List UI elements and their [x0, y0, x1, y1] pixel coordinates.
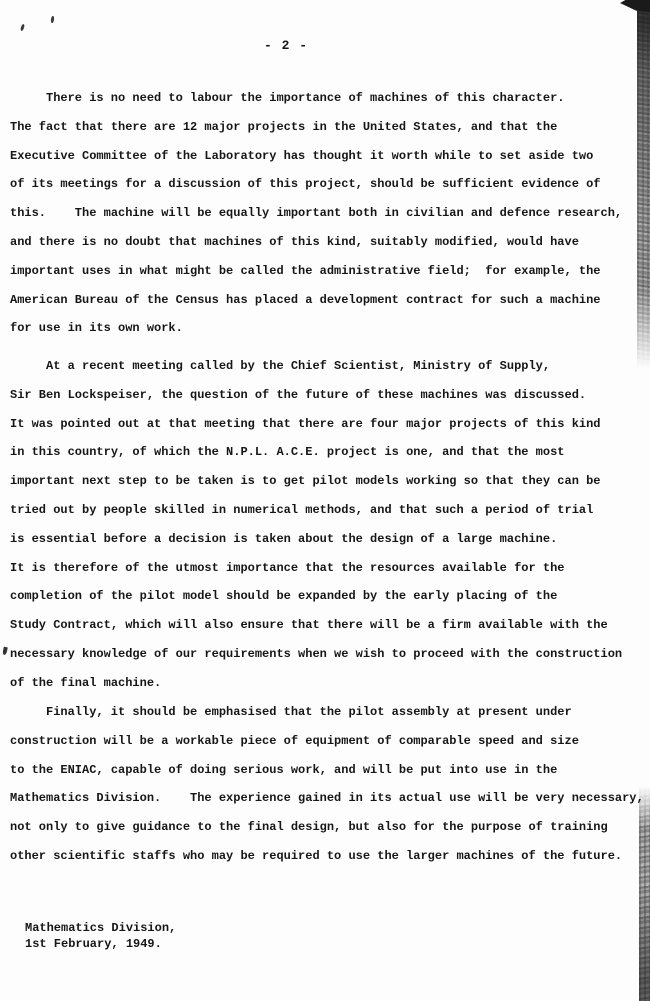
text-line: of the final machine. — [10, 669, 646, 698]
text-line: It was pointed out at that meeting that … — [10, 410, 646, 439]
text-line: not only to give guidance to the final d… — [10, 813, 646, 842]
text-line: of its meetings for a discussion of this… — [10, 170, 646, 199]
text-line: construction will be a workable piece of… — [10, 727, 646, 756]
text-line: important uses in what might be called t… — [10, 257, 646, 286]
text-line: this. The machine will be equally import… — [10, 199, 646, 228]
text-line: in this country, of which the N.P.L. A.C… — [10, 438, 646, 467]
text-line: There is no need to labour the importanc… — [10, 84, 646, 113]
page-number: - 2 - — [0, 38, 572, 53]
text-line: Mathematics Division. The experience gai… — [10, 784, 646, 813]
text-line: important next step to be taken is to ge… — [10, 467, 646, 496]
paragraph-1: There is no need to labour the importanc… — [10, 84, 646, 343]
text-line: At a recent meeting called by the Chief … — [10, 352, 646, 381]
text-line: Study Contract, which will also ensure t… — [10, 611, 646, 640]
scan-speck — [20, 24, 25, 32]
text-line: The fact that there are 12 major project… — [10, 113, 646, 142]
text-line: tried out by people skilled in numerical… — [10, 496, 646, 525]
signature-block: Mathematics Division,1st February, 1949. — [25, 920, 176, 952]
paragraph-3: Finally, it should be emphasised that th… — [10, 698, 646, 871]
text-line: Executive Committee of the Laboratory ha… — [10, 142, 646, 171]
scan-speck-comma — [2, 647, 8, 656]
paragraph-2: At a recent meeting called by the Chief … — [10, 352, 646, 698]
text-line: and there is no doubt that machines of t… — [10, 228, 646, 257]
text-line: It is therefore of the utmost importance… — [10, 554, 646, 583]
text-line: to the ENIAC, capable of doing serious w… — [10, 756, 646, 785]
scanned-document-page: - 2 - There is no need to labour the imp… — [0, 0, 650, 1001]
text-line: necessary knowledge of our requirements … — [10, 640, 646, 669]
text-line: completion of the pilot model should be … — [10, 582, 646, 611]
text-line: other scientific staffs who may be requi… — [10, 842, 646, 871]
text-line: for use in its own work. — [10, 314, 646, 343]
text-line: Sir Ben Lockspeiser, the question of the… — [10, 381, 646, 410]
text-line: Finally, it should be emphasised that th… — [10, 698, 646, 727]
text-line: American Bureau of the Census has placed… — [10, 286, 646, 315]
text-line: 1st February, 1949. — [25, 936, 176, 952]
scan-speck — [51, 16, 55, 23]
scan-corner-blob — [620, 0, 650, 12]
text-line: Mathematics Division, — [25, 920, 176, 936]
text-line: is essential before a decision is taken … — [10, 525, 646, 554]
